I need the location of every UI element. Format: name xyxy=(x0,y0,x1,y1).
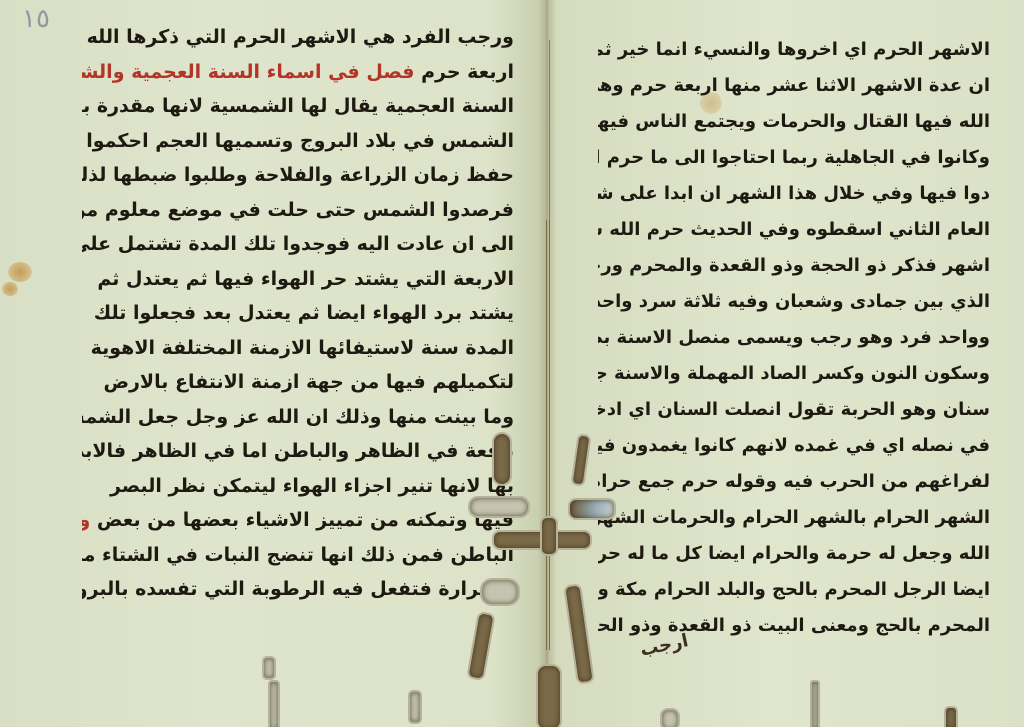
text-line: بها لانها تنير اجزاء الهواء ليتمكن نظر ا… xyxy=(82,469,514,504)
text-line: الله وجعل له حرمة والحرام ايضا كل ما له … xyxy=(598,536,990,572)
wormhole xyxy=(480,578,520,606)
wormhole xyxy=(268,680,280,727)
wormhole xyxy=(810,680,820,727)
wormhole xyxy=(492,432,512,486)
wormhole xyxy=(262,656,276,680)
text-line: حفظ زمان الزراعة والفلاحة وطلبوا ضبطها ل… xyxy=(82,158,514,193)
text-line: الشمس في بلاد البروج وتسميها العجم احكمو… xyxy=(82,124,514,159)
wormhole xyxy=(568,498,616,520)
rubric-heading: فصل في اسماء السنة العجمية والشهور منها … xyxy=(82,61,414,83)
text-line: المدة سنة لاستيفائها الازمنة المختلفة ال… xyxy=(82,331,514,366)
text-line: الله فيها القتال والحرمات ويجتمع الناس ف… xyxy=(598,104,990,140)
left-page: ورجب الفرد هي الاشهر الحرم التي ذكرها ال… xyxy=(0,0,540,727)
text-line: في نصله اي في غمده لانهم كانوا يغمدون في… xyxy=(598,428,990,464)
text-line: السنة العجمية يقال لها الشمسية لانها مقد… xyxy=(82,89,514,124)
text-line: الاربعة التي يشتد حر الهواء فيها ثم يعتد… xyxy=(82,262,514,297)
text-line: الى ان عادت اليه فوجدوا تلك المدة تشتمل … xyxy=(82,227,514,262)
text-line: لتكميلهم فيها من جهة ازمنة الانتفاع بالا… xyxy=(82,365,514,400)
rubric-word: واما xyxy=(82,509,90,531)
text-line: دوا فيها وفي خلال هذا الشهر ان ابدا على … xyxy=(598,176,990,212)
right-page-text: الاشهر الحرم اي اخروها والنسيء انما خير … xyxy=(598,32,990,644)
text-line: وواحد فرد وهو رجب ويسمى منصل الاسنة بضم … xyxy=(598,320,990,356)
text-line: ان عدة الاشهر الاثنا عشر منها اربعة حرم … xyxy=(598,68,990,104)
text-line: وسكون النون وكسر الصاد المهملة والاسنة ج… xyxy=(598,356,990,392)
text-line: وكانوا في الجاهلية ربما احتاجوا الى ما ح… xyxy=(598,140,990,176)
text-line: الاشهر الحرم اي اخروها والنسيء انما خير … xyxy=(598,32,990,68)
text-line: اربعة حرم فصل في اسماء السنة العجمية وال… xyxy=(82,55,514,90)
text-line: ايضا الرجل المحرم بالحج والبلد الحرام مك… xyxy=(598,572,990,608)
text-line: يشتد برد الهواء ايضا ثم يعتدل بعد فجعلوا… xyxy=(82,296,514,331)
text-line: سنان وهو الحربة تقول انصلت السنان اي ادخ… xyxy=(598,392,990,428)
wormhole xyxy=(536,664,562,727)
text-line: ورجب الفرد هي الاشهر الحرم التي ذكرها ال… xyxy=(82,20,514,55)
text-line: العام الثاني اسقطوه وفي الحديث حرم الله … xyxy=(598,212,990,248)
gutter-binding-thread xyxy=(546,220,550,650)
text-line: بالحرارة فتفعل فيه الرطوبة التي تفسده با… xyxy=(82,572,514,607)
wormhole xyxy=(408,690,422,724)
left-page-text: ورجب الفرد هي الاشهر الحرم التي ذكرها ال… xyxy=(82,20,514,607)
text-line: فيها وتمكنه من تمييز الاشياء بعضها من بع… xyxy=(82,503,514,538)
text-line: لفراغهم من الحرب فيه وقوله حرم جمع حرام … xyxy=(598,464,990,500)
text-line: الشهر الحرام بالشهر الحرام والحرمات الشه… xyxy=(598,500,990,536)
wormhole xyxy=(468,496,530,518)
manuscript-spread: ١٥ ورجب الفرد هي الاشهر الحرم التي ذكرها… xyxy=(0,0,1024,727)
text-line: اشهر فذكر ذو الحجة وذو القعدة والمحرم ور… xyxy=(598,248,990,284)
wormhole xyxy=(944,706,958,727)
text-line: الذي بين جمادى وشعبان وفيه ثلاثة سرد واح… xyxy=(598,284,990,320)
wormhole xyxy=(540,516,558,556)
text-line: نافعة في الظاهر والباطن اما في الظاهر فا… xyxy=(82,434,514,469)
text-line: فرصدوا الشمس حتى حلت في موضع معلوم من ال… xyxy=(82,193,514,228)
text-line: الباطن فمن ذلك انها تنضج النبات في الشتا… xyxy=(82,538,514,573)
text-line: وما بينت منها وذلك ان الله عز وجل جعل ال… xyxy=(82,400,514,435)
wormhole xyxy=(660,708,680,727)
